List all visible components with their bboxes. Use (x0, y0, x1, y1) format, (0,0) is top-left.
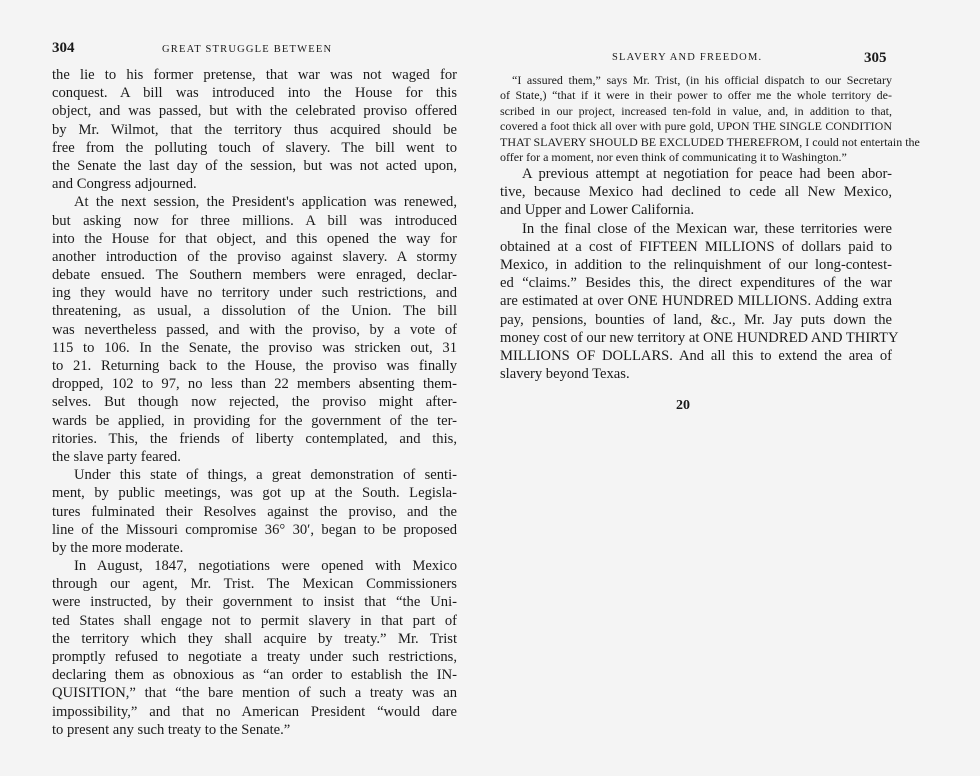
running-head: SLAVERY AND FREEDOM. (612, 52, 762, 63)
text-line: and Congress adjourned. (52, 175, 457, 193)
text-line: “I assured them,” says Mr. Trist, (in hi… (500, 73, 892, 88)
text-line: QUISITION,” that “the bare mention of su… (52, 684, 457, 702)
block-quote: “I assured them,” says Mr. Trist, (in hi… (500, 73, 892, 165)
page-number: 304 (52, 40, 75, 57)
text-line: to 21. Returning back to the House, the … (52, 357, 457, 375)
text-line: Mexico, in addition to the relinquishmen… (500, 256, 892, 274)
text-line: the slave party feared. (52, 448, 457, 466)
text-line: to present any such treaty to the Senate… (52, 721, 457, 739)
text-line: and Upper and Lower California. (500, 201, 892, 219)
text-line: ritories. This, the friends of liberty c… (52, 430, 457, 448)
text-line: by the more moderate. (52, 539, 457, 557)
signature-mark: 20 (676, 398, 690, 414)
text-line: scribed in our project, increased ten-fo… (500, 104, 892, 119)
text-line: were instructed, by their government to … (52, 593, 457, 611)
text-line: debate ensued. The Southern members were… (52, 266, 457, 284)
text-line: money cost of our new territory at ONE H… (500, 329, 892, 347)
text-line: another introduction of the proviso agai… (52, 248, 457, 266)
text-line: In August, 1847, negotiations were opene… (52, 557, 457, 575)
text-line: the lie to his former pretense, that war… (52, 66, 457, 84)
text-line: MILLIONS OF DOLLARS. And all this to ext… (500, 347, 892, 365)
text-line: but asking now for three millions. A bil… (52, 212, 457, 230)
text-line: ted States shall engage not to permit sl… (52, 612, 457, 630)
text-line: through our agent, Mr. Trist. The Mexica… (52, 575, 457, 593)
page-number: 305 (864, 50, 887, 67)
text-line: THAT SLAVERY SHOULD BE EXCLUDED THEREFRO… (500, 135, 892, 150)
text-line: promptly refused to negotiate a treaty u… (52, 648, 457, 666)
text-line: Under this state of things, a great demo… (52, 466, 457, 484)
text-line: dropped, 102 to 97, no less than 22 memb… (52, 375, 457, 393)
text-line: object, and was passed, but with the cel… (52, 102, 457, 120)
text-line: selves. But though now rejected, the pro… (52, 393, 457, 411)
text-line: A previous attempt at negotiation for pe… (500, 165, 892, 183)
text-line: are estimated at over ONE HUNDRED MILLIO… (500, 292, 892, 310)
text-line: the territory which they shall acquire b… (52, 630, 457, 648)
text-line: conquest. A bill was introduced into the… (52, 84, 457, 102)
text-line: line of the Missouri compromise 36° 30′,… (52, 521, 457, 539)
text-line: declaring them as obnoxious as “an order… (52, 666, 457, 684)
text-line: threatening, as usual, a dissolution of … (52, 302, 457, 320)
text-line: In the final close of the Mexican war, t… (500, 220, 892, 238)
text-line: At the next session, the President's app… (52, 193, 457, 211)
running-head: GREAT STRUGGLE BETWEEN (162, 44, 332, 55)
body-text: the lie to his former pretense, that war… (52, 66, 457, 739)
text-line: ing they would have no territory under s… (52, 284, 457, 302)
text-line: impossibility,” and that no American Pre… (52, 703, 457, 721)
text-line: obtained at a cost of FIFTEEN MILLIONS o… (500, 238, 892, 256)
text-line: was nevertheless passed, and with the pr… (52, 321, 457, 339)
text-line: of State,) “that if it were in their pow… (500, 88, 892, 103)
text-line: the Senate the last day of the session, … (52, 157, 457, 175)
text-line: slavery beyond Texas. (500, 365, 892, 383)
text-line: 115 to 106. In the Senate, the proviso w… (52, 339, 457, 357)
text-line: into the House for that object, and this… (52, 230, 457, 248)
body-text: A previous attempt at negotiation for pe… (500, 165, 892, 383)
text-line: offer for a moment, nor even think of co… (500, 150, 892, 165)
text-line: covered a foot thick all over with pure … (500, 119, 892, 134)
text-line: pay, pensions, bounties of land, &c., Mr… (500, 311, 892, 329)
text-line: ed “claims.” Besides this, the direct ex… (500, 274, 892, 292)
text-line: wards be applied, in providing for the g… (52, 412, 457, 430)
text-line: by Mr. Wilmot, that the territory thus a… (52, 121, 457, 139)
text-line: ment, by public meetings, was got up at … (52, 484, 457, 502)
text-line: free from the polluting touch of slavery… (52, 139, 457, 157)
text-line: tive, because Mexico had declined to ced… (500, 183, 892, 201)
text-line: tures fulminated their Resolves against … (52, 503, 457, 521)
